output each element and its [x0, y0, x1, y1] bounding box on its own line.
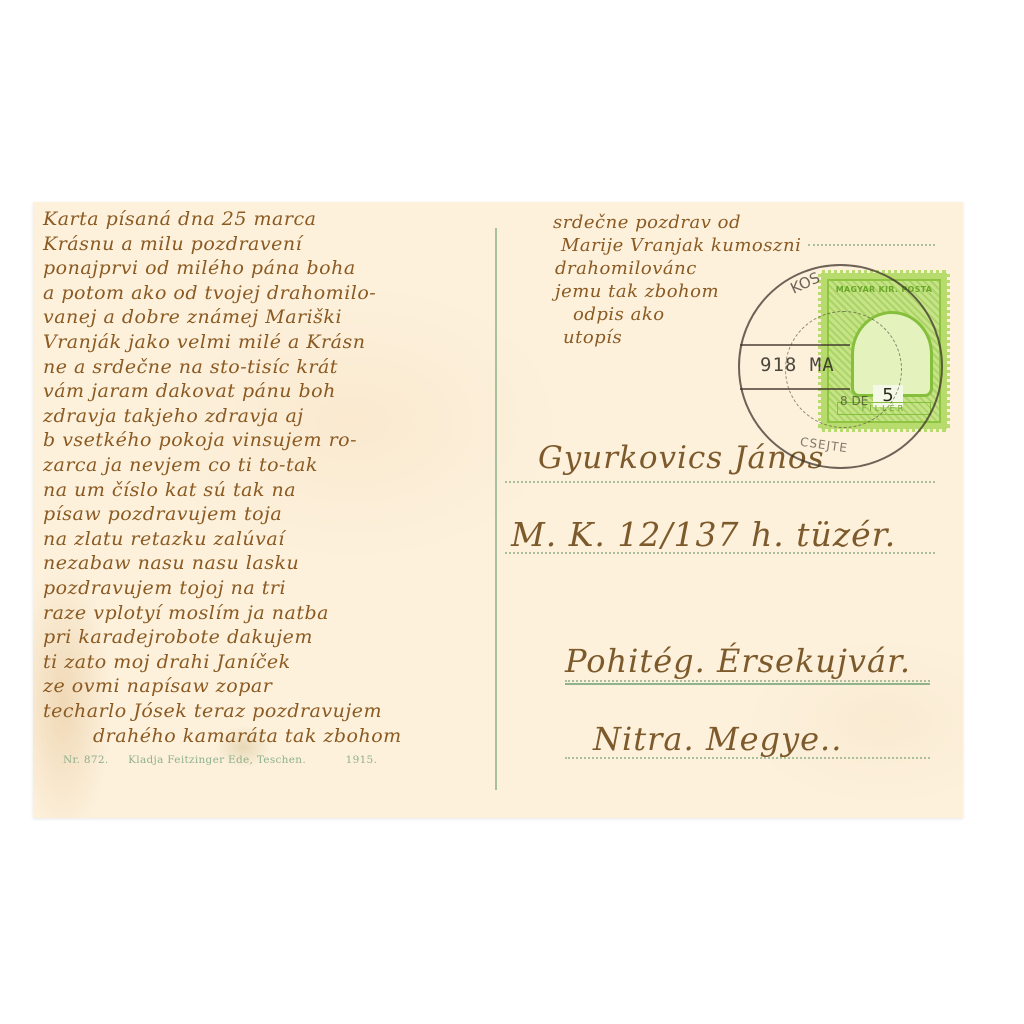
message-line: raze vplotyí moslím ja natba	[43, 602, 329, 624]
address-line-unit: M. K. 12/137 h. tüzér.	[511, 515, 896, 554]
message-line: na um číslo kat sú tak na	[43, 479, 296, 501]
message-line: ze ovmi napísaw zopar	[43, 675, 272, 697]
message-line: Krásnu a milu pozdravení	[43, 233, 302, 255]
message-line: pri karadejrobote dakujem	[43, 626, 313, 648]
message-line: a potom ako od tvojej drahomilo-	[43, 282, 376, 304]
printer-imprint: Nr. 872. Kladja Feitzinger Ede, Teschen.…	[63, 754, 393, 766]
postcard: Karta písaná dna 25 marcaKrásnu a milu p…	[33, 202, 963, 818]
message-line: vám jaram dakovat pánu boh	[43, 380, 336, 402]
message-line: techarlo Jósek teraz pozdravujem	[43, 700, 382, 722]
message-line: ne a srdečne na sto-tisíc krát	[43, 356, 338, 378]
message-line: b vsetkého pokoja vinsujem ro-	[43, 429, 357, 451]
message-right-line: utopís	[563, 327, 622, 349]
message-line: Vranják jako velmi milé a Krásn	[43, 331, 365, 353]
message-line: ti zato moj drahi Janíček	[43, 651, 291, 673]
postage-stamp: MAGYAR KIR. POSTA 5 FILLÉR	[818, 270, 950, 432]
message-line: na zlatu retazku zalúvaí	[43, 528, 285, 550]
address-rule-3	[565, 680, 930, 682]
message-line: ponajprvi od milého pána boha	[43, 257, 356, 279]
stamp-title: MAGYAR KIR. POSTA	[833, 285, 935, 294]
message-line: pozdravujem tojoj na tri	[43, 577, 286, 599]
address-line-name: Gyurkovics János	[538, 440, 825, 476]
imprint-publisher: Kladja Feitzinger Ede, Teschen.	[128, 754, 306, 766]
message-right-line: Marije Vranjak kumoszni	[561, 235, 801, 257]
message-line: vanej a dobre známej Mariški	[43, 306, 342, 328]
message-line: zdravja takjeho zdravja aj	[43, 405, 304, 427]
message-right-line: jemu tak zbohom	[555, 281, 719, 303]
imprint-number: Nr. 872.	[63, 754, 109, 766]
center-divider-line	[495, 228, 497, 790]
address-line-county: Nitra. Megye..	[593, 720, 842, 758]
address-rule-1	[505, 481, 935, 483]
address-rule-4	[565, 757, 930, 759]
message-line: drahého kamaráta tak zbohom	[93, 725, 402, 747]
stamp-currency: FILLÉR	[837, 402, 931, 415]
stamp-box-line	[808, 244, 935, 246]
message-right-line: drahomilovánc	[555, 258, 697, 280]
address-rule-2	[505, 552, 935, 554]
message-line: zarca ja nevjem co ti to-tak	[43, 454, 318, 476]
message-line: nezabaw nasu nasu lasku	[43, 552, 299, 574]
address-underline	[565, 683, 930, 685]
address-line-city: Pohitég. Érsekujvár.	[565, 642, 911, 680]
message-right-line: odpis ako	[573, 304, 665, 326]
message-right-line: srdečne pozdrav od	[553, 212, 741, 234]
stamp-frame: MAGYAR KIR. POSTA 5 FILLÉR	[827, 279, 941, 423]
message-line: písaw pozdravujem toja	[43, 503, 282, 525]
message-line: Karta písaná dna 25 marca	[43, 208, 316, 230]
imprint-code: 1915.	[346, 754, 378, 766]
